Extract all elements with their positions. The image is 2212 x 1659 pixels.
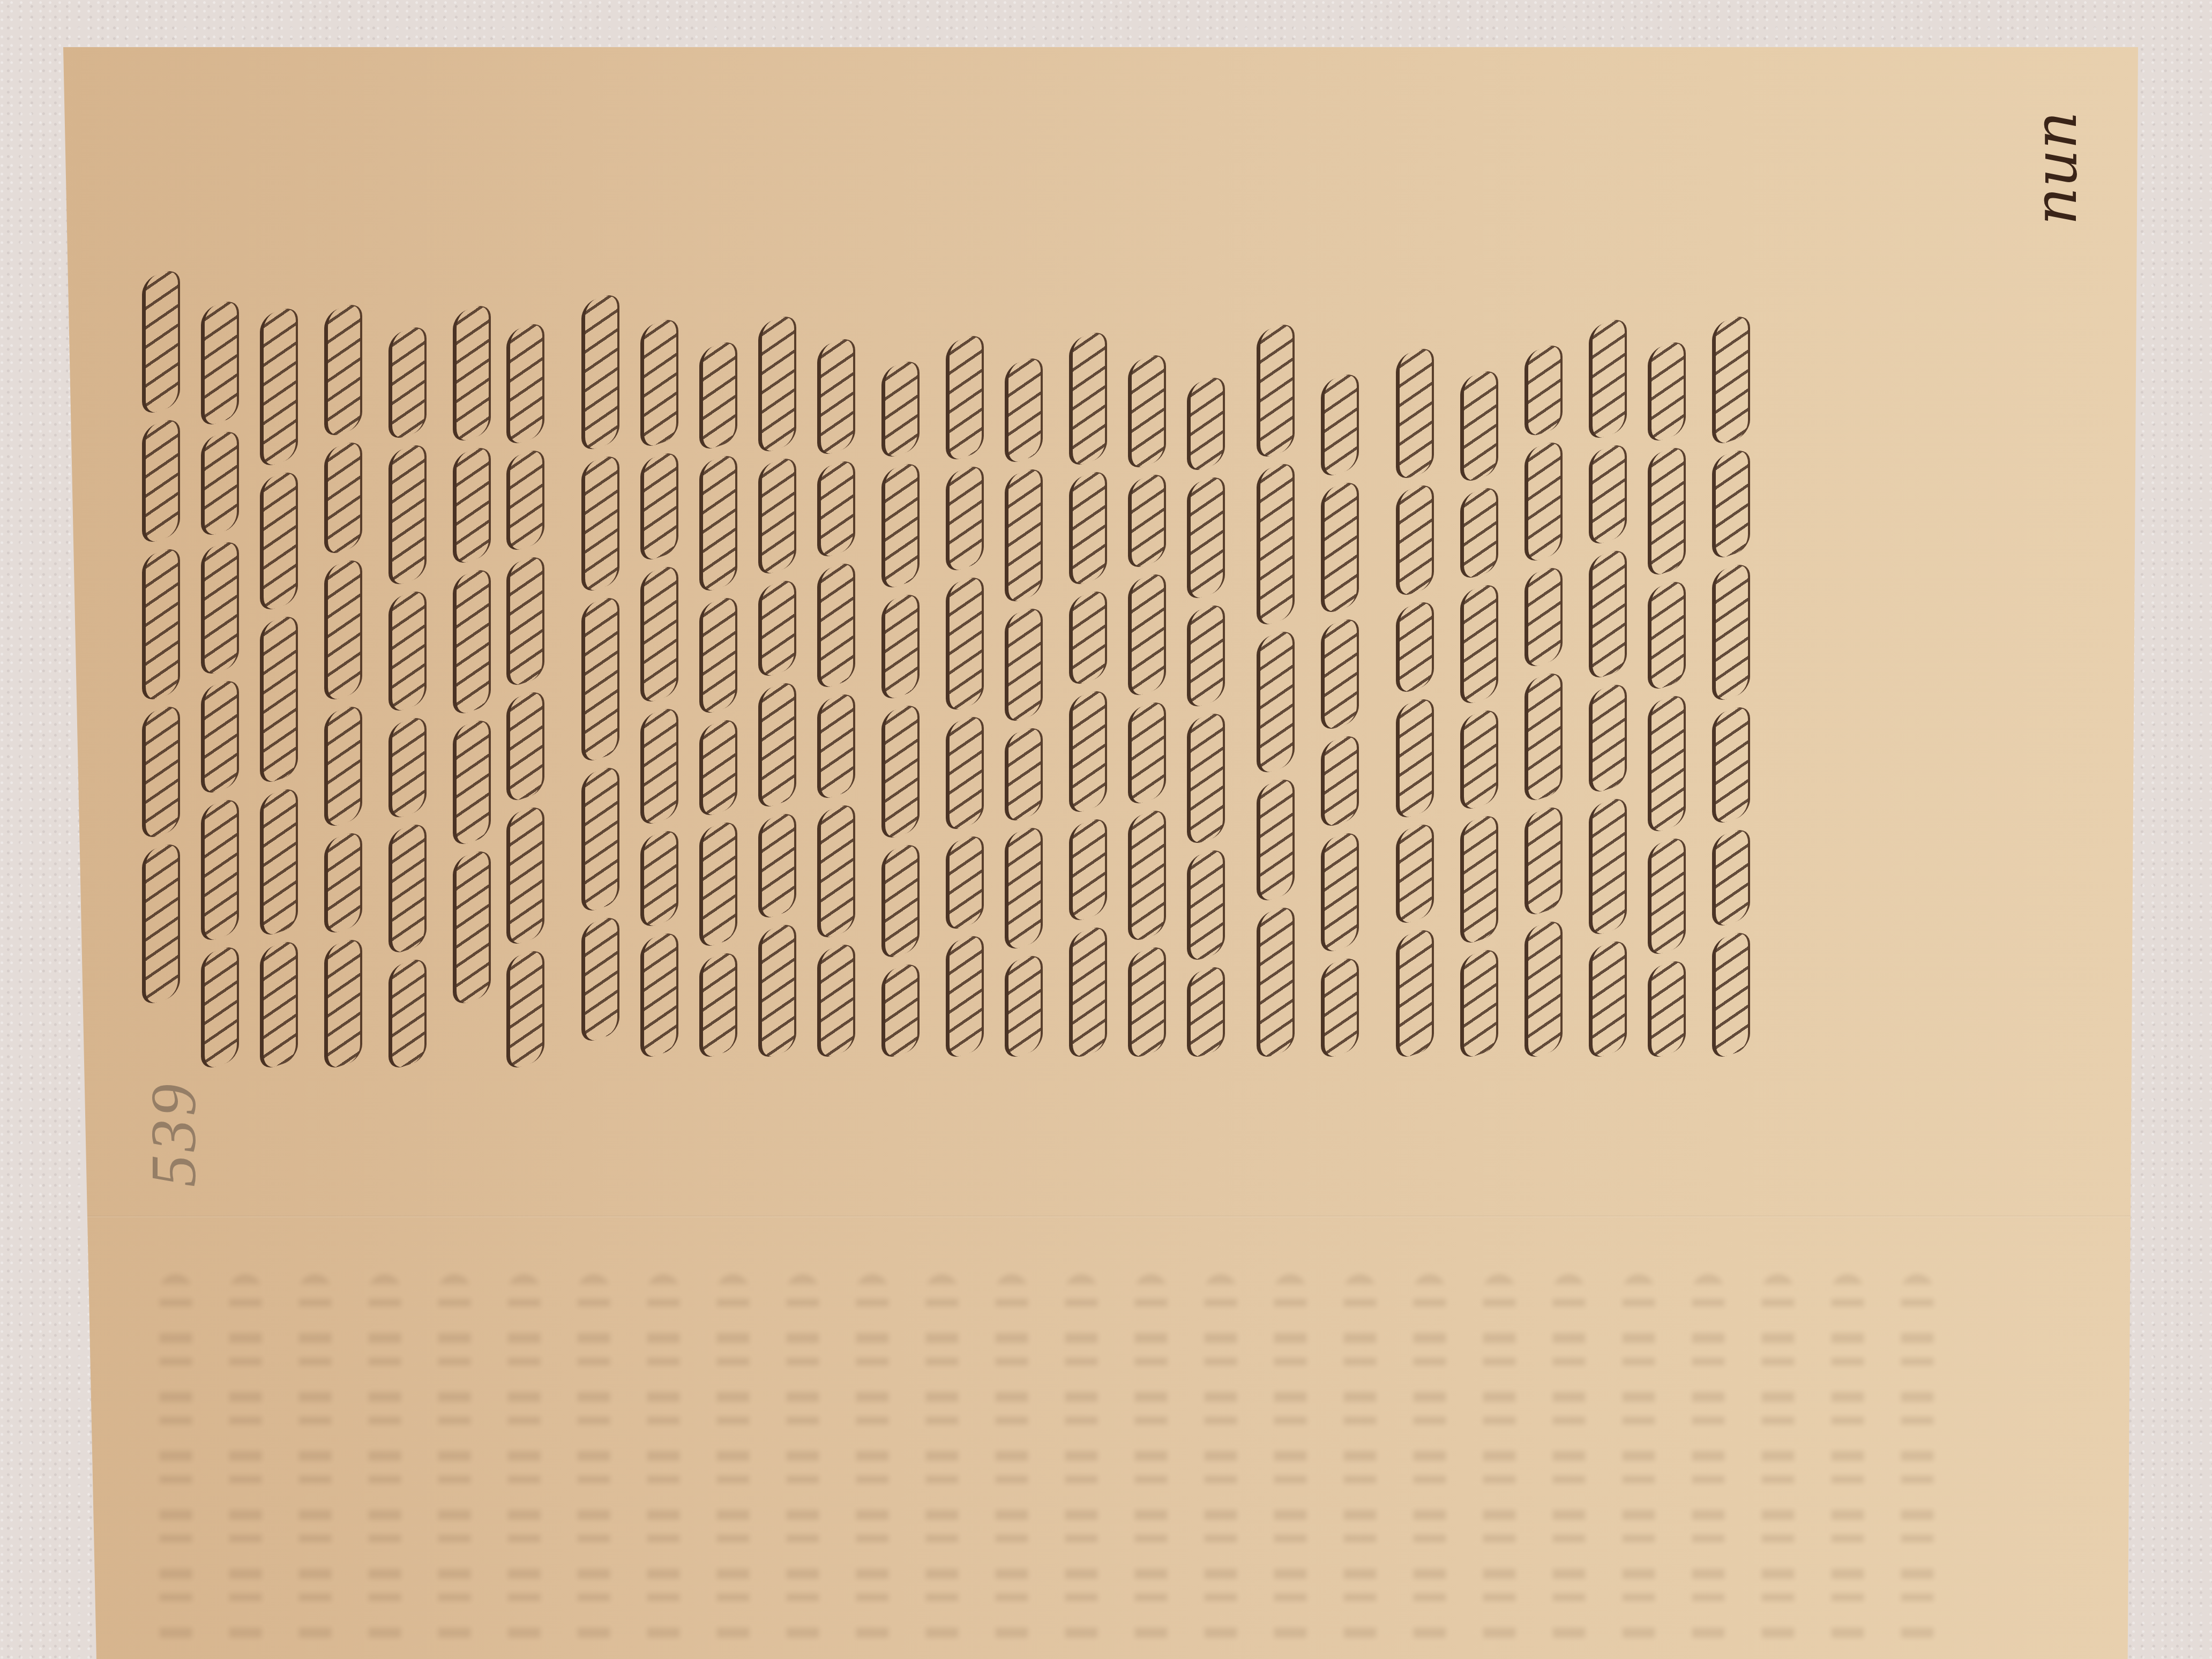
handwritten-word (1460, 484, 1498, 581)
handwritten-word (453, 302, 491, 444)
handwritten-word (1712, 929, 1750, 1060)
handwritten-word (1589, 316, 1627, 442)
handwritten-word (1648, 338, 1686, 444)
handwritten-line (994, 128, 1053, 1055)
handwritten-word (1257, 775, 1295, 904)
handwritten-line (442, 144, 501, 1001)
handwritten-word (699, 818, 737, 950)
handwritten-word (1187, 846, 1225, 963)
handwritten-word (699, 594, 737, 716)
handwritten-word (453, 847, 491, 1007)
handwritten-word (453, 716, 491, 848)
handwritten-word (1128, 943, 1166, 1060)
handwritten-word (1187, 601, 1225, 710)
handwritten-word (388, 955, 427, 1071)
handwritten-line (1385, 128, 1444, 1055)
handwritten-word (1525, 564, 1563, 670)
handwritten-word (388, 323, 427, 442)
handwritten-word (1257, 903, 1295, 1060)
handwritten-word (1525, 438, 1563, 564)
handwritten-word (817, 940, 855, 1060)
handwritten-word (1396, 481, 1434, 599)
handwritten-word (1005, 724, 1043, 824)
handwritten-word (1005, 354, 1043, 466)
handwritten-word (142, 267, 180, 416)
handwritten-word (640, 449, 678, 563)
handwritten-word (388, 714, 427, 821)
handwritten-word (260, 785, 298, 938)
handwritten-word (1648, 834, 1686, 958)
handwritten-word (1589, 681, 1627, 795)
handwritten-word (324, 556, 362, 703)
handwritten-word (1069, 587, 1107, 687)
handwritten-word (881, 701, 920, 841)
handwritten-word (817, 801, 855, 941)
handwritten-word (581, 291, 619, 453)
handwritten-word (1128, 570, 1166, 699)
handwritten-word (581, 914, 619, 1044)
handwritten-word (946, 573, 984, 713)
handwritten-word (758, 312, 796, 455)
handwritten-word (881, 357, 920, 460)
handwritten-word (946, 462, 984, 574)
catchword: nun (2021, 111, 2090, 226)
handwritten-word (1321, 829, 1359, 955)
handwritten-word (1396, 598, 1434, 696)
handwritten-line (1578, 128, 1637, 1055)
handwritten-word (260, 612, 298, 786)
handwritten-line (249, 154, 308, 1065)
handwritten-line (1514, 128, 1573, 1055)
handwritten-line (1449, 128, 1508, 1055)
handwritten-word (1648, 957, 1686, 1060)
handwritten-word (324, 301, 362, 439)
handwritten-line (131, 122, 190, 1001)
handwritten-line (871, 128, 930, 1055)
handwritten-word (881, 960, 920, 1060)
handwritten-word (506, 947, 544, 1071)
handwritten-word (388, 820, 427, 956)
handwritten-word (1187, 473, 1225, 602)
handwritten-word (1712, 312, 1750, 447)
handwritten-word (1589, 937, 1627, 1060)
handwritten-line (689, 128, 748, 1055)
handwritten-word (881, 841, 920, 961)
handwritten-word (1257, 460, 1295, 628)
handwritten-word (640, 563, 678, 705)
handwritten-word (506, 320, 544, 447)
handwritten-word (1712, 703, 1750, 826)
handwritten-word (453, 444, 491, 566)
handwritten-word (1460, 581, 1498, 707)
handwritten-word (324, 438, 362, 557)
handwritten-word (881, 460, 920, 591)
handwritten-word (581, 764, 619, 914)
handwritten-word (1069, 923, 1107, 1060)
handwritten-line (1637, 128, 1696, 1055)
handwritten-word (201, 538, 239, 677)
handwritten-word (260, 468, 298, 613)
handwritten-word (1069, 815, 1107, 924)
handwritten-word (581, 452, 619, 594)
handwritten-line (1310, 128, 1369, 1055)
handwritten-word (699, 949, 737, 1060)
handwritten-word (1187, 709, 1225, 847)
handwritten-line (1701, 128, 1760, 1055)
handwritten-word (506, 803, 544, 947)
handwritten-word (1128, 806, 1166, 944)
handwritten-word (1257, 320, 1295, 460)
handwritten-word (758, 454, 796, 577)
handwritten-word (640, 705, 678, 827)
handwritten-word (758, 921, 796, 1060)
handwritten-word (946, 932, 984, 1060)
handwritten-word (640, 929, 678, 1060)
handwritten-word (453, 566, 491, 717)
handwritten-word (817, 457, 855, 560)
handwritten-line (1058, 128, 1117, 1055)
handwritten-word (1005, 952, 1043, 1060)
handwritten-word (1460, 367, 1498, 484)
handwritten-word (1589, 795, 1627, 938)
handwritten-word (1396, 345, 1434, 482)
handwritten-word (1005, 465, 1043, 605)
handwritten-word (1321, 954, 1359, 1060)
handwritten-word (388, 587, 427, 714)
handwritten-word (1321, 479, 1359, 616)
handwritten-word (1648, 692, 1686, 835)
handwritten-word (1321, 370, 1359, 479)
handwritten-word (506, 688, 544, 804)
handwritten-line (806, 128, 865, 1055)
handwritten-word (1589, 441, 1627, 547)
handwritten-word (581, 594, 619, 764)
handwritten-line (496, 128, 555, 1065)
handwritten-word (758, 577, 796, 679)
handwritten-word (1069, 468, 1107, 588)
handwritten-word (946, 332, 984, 463)
handwritten-word (1187, 373, 1225, 474)
handwritten-line (1117, 128, 1176, 1055)
handwritten-word (1396, 695, 1434, 821)
handwritten-word (506, 553, 544, 689)
handwritten-word (142, 840, 180, 1007)
handwritten-word (201, 297, 239, 428)
handwritten-line (630, 128, 689, 1055)
handwritten-word (1648, 444, 1686, 578)
handwritten-word (1525, 669, 1563, 804)
handwritten-word (1321, 615, 1359, 733)
handwritten-word (260, 938, 298, 1071)
handwritten-word (1396, 820, 1434, 926)
handwritten-word (946, 713, 984, 833)
handwritten-line (1246, 128, 1305, 1055)
handwritten-line (748, 128, 806, 1055)
handwritten-line (571, 128, 630, 1038)
handwritten-word (260, 304, 298, 469)
handwritten-line (1176, 128, 1235, 1055)
handwritten-text-block (0, 0, 2212, 1659)
handwritten-line (378, 128, 437, 1065)
handwritten-word (1460, 706, 1498, 812)
handwritten-word (1712, 446, 1750, 561)
handwritten-word (1589, 547, 1627, 681)
handwritten-word (1712, 826, 1750, 929)
handwritten-word (817, 559, 855, 691)
handwritten-word (1005, 604, 1043, 724)
handwritten-word (1187, 963, 1225, 1060)
handwritten-word (758, 810, 796, 921)
folio-number: 539 (137, 1081, 211, 1187)
handwritten-word (1460, 812, 1498, 946)
handwritten-word (1005, 824, 1043, 952)
handwritten-word (817, 690, 855, 802)
handwritten-word (817, 335, 855, 458)
handwritten-word (1396, 926, 1434, 1060)
handwritten-word (324, 703, 362, 829)
handwritten-word (699, 338, 737, 452)
handwritten-word (640, 827, 678, 930)
handwritten-word (699, 716, 737, 819)
handwritten-word (506, 446, 544, 554)
handwritten-word (1525, 803, 1563, 918)
handwritten-word (640, 316, 678, 450)
handwritten-word (1712, 561, 1750, 704)
handwritten-word (881, 591, 920, 702)
handwritten-word (1069, 328, 1107, 468)
handwritten-word (201, 428, 239, 539)
handwritten-line (190, 122, 249, 1065)
handwritten-word (699, 452, 737, 594)
handwritten-line (313, 128, 372, 1065)
handwritten-word (1460, 946, 1498, 1060)
handwritten-line (935, 128, 994, 1055)
handwritten-word (758, 679, 796, 810)
handwritten-word (142, 703, 180, 841)
handwritten-word (1069, 687, 1107, 816)
handwritten-word (1128, 470, 1166, 571)
handwritten-word (142, 416, 180, 545)
handwritten-word (324, 829, 362, 936)
handwritten-word (1525, 917, 1563, 1060)
handwritten-word (324, 936, 362, 1071)
handwritten-word (1648, 578, 1686, 692)
handwritten-word (1257, 627, 1295, 776)
handwritten-word (1128, 698, 1166, 807)
handwritten-word (201, 677, 239, 796)
handwritten-word (388, 441, 427, 588)
handwritten-word (201, 796, 239, 944)
handwritten-word (1525, 341, 1563, 439)
handwritten-word (1128, 351, 1166, 471)
handwritten-word (201, 943, 239, 1071)
handwritten-word (1321, 732, 1359, 829)
handwritten-word (946, 832, 984, 932)
handwritten-word (142, 545, 180, 703)
